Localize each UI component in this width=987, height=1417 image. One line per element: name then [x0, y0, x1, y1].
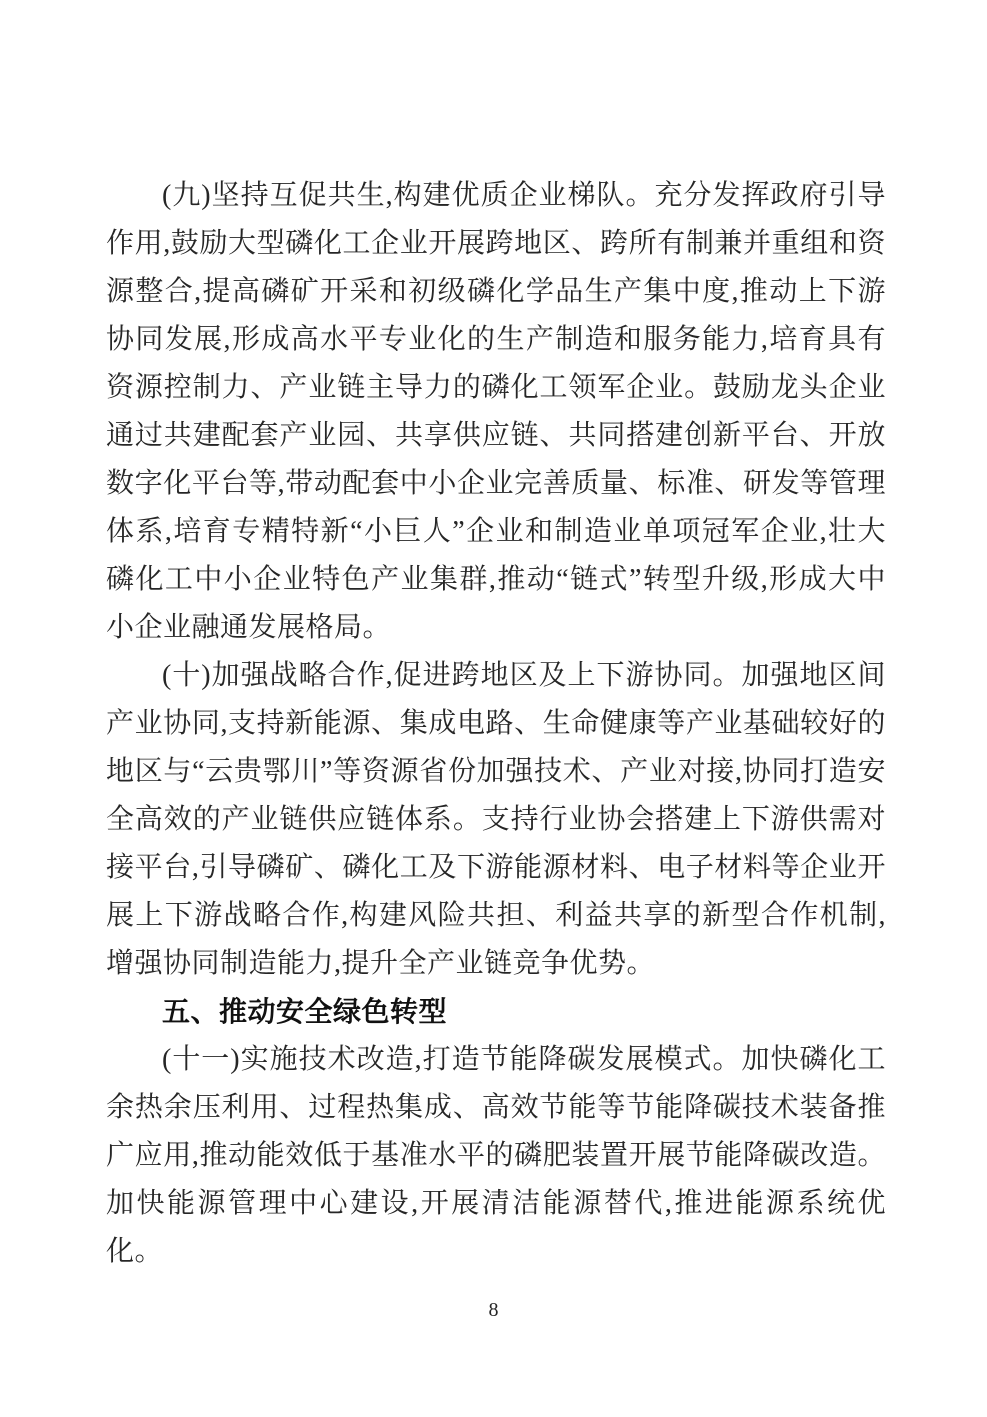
document-body: (九)坚持互促共生,构建优质企业梯队。充分发挥政府引导作用,鼓励大型磷化工企业开…	[106, 172, 886, 1276]
paragraph-item-9: (九)坚持互促共生,构建优质企业梯队。充分发挥政府引导作用,鼓励大型磷化工企业开…	[106, 172, 886, 652]
section-heading-5: 五、推动安全绿色转型	[106, 988, 886, 1036]
paragraph-item-11: (十一)实施技术改造,打造节能降碳发展模式。加快磷化工余热余压利用、过程热集成、…	[106, 1036, 886, 1276]
paragraph-item-10: (十)加强战略合作,促进跨地区及上下游协同。加强地区间产业协同,支持新能源、集成…	[106, 652, 886, 988]
document-page: (九)坚持互促共生,构建优质企业梯队。充分发挥政府引导作用,鼓励大型磷化工企业开…	[0, 0, 987, 1417]
page-number: 8	[0, 1296, 987, 1324]
